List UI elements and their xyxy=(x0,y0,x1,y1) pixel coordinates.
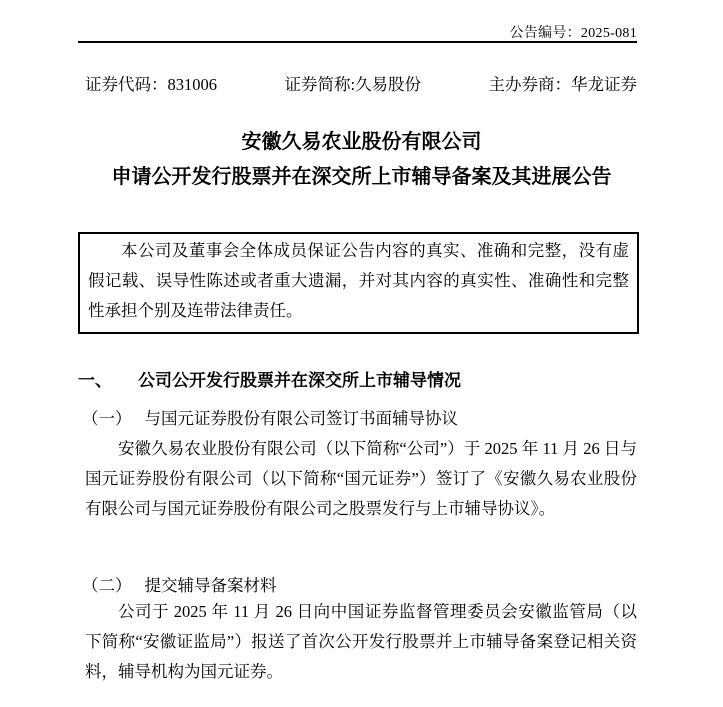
stock-code-label: 证券代码：831006 xyxy=(85,71,217,95)
section-1-number: 一、 xyxy=(78,366,138,391)
sponsor-broker-label: 主办券商：华龙证券 xyxy=(489,71,638,95)
stock-abbr-label: 证券简称:久易股份 xyxy=(284,71,421,95)
subsection-2-heading: （二）提交辅导备案材料 xyxy=(82,572,277,596)
securities-info-row: 证券代码：831006 证券简称:久易股份 主办券商：华龙证券 xyxy=(85,71,637,95)
section-1-heading: 一、公司公开发行股票并在深交所上市辅导情况 xyxy=(78,366,461,391)
disclaimer-box: 本公司及董事会全体成员保证公告内容的真实、准确和完整，没有虚假记载、误导性陈述或… xyxy=(78,232,639,334)
subsection-1-title: 与国元证券股份有限公司签订书面辅导协议 xyxy=(145,409,459,428)
subsection-1-number: （一） xyxy=(82,409,132,428)
subsection-1-paragraph: 安徽久易农业股份有限公司（以下简称“公司”）于 2025 年 11 月 26 日… xyxy=(85,434,637,524)
announcement-document-page: 公告编号：2025-081 证券代码：831006 证券简称:久易股份 主办券商… xyxy=(0,0,723,707)
subsection-2-number: （二） xyxy=(82,576,132,595)
announcement-number: 公告编号：2025-081 xyxy=(509,22,637,42)
subsection-1-heading: （一）与国元证券股份有限公司签订书面辅导协议 xyxy=(82,405,458,429)
subsection-2-paragraph: 公司于 2025 年 11 月 26 日向中国证券监督管理委员会安徽监管局（以下… xyxy=(85,597,637,687)
announcement-title: 申请公开发行股票并在深交所上市辅导备案及其进展公告 xyxy=(0,160,723,189)
header-divider-line xyxy=(78,41,637,43)
disclaimer-text: 本公司及董事会全体成员保证公告内容的真实、准确和完整，没有虚假记载、误导性陈述或… xyxy=(88,236,629,326)
subsection-2-title: 提交辅导备案材料 xyxy=(145,576,277,595)
section-1-title: 公司公开发行股票并在深交所上市辅导情况 xyxy=(138,371,461,390)
company-name-title: 安徽久易农业股份有限公司 xyxy=(0,125,723,154)
